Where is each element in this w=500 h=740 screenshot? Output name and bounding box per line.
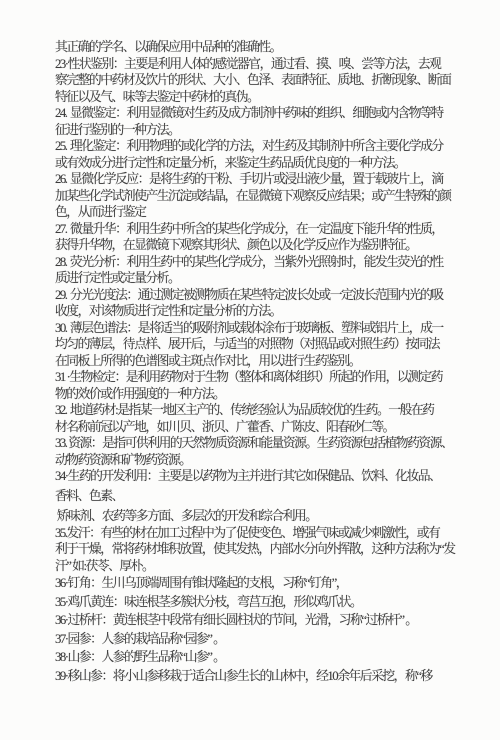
text-line: 动物药资源和矿物药资源。 (55, 452, 451, 469)
text-line: 收度，对该物质进行定性和定量分析的方法。 (55, 303, 451, 320)
text-line: 32. 地道药材:是指某一地区主产的、传统经验认为品质较优的生药。一般在药 (55, 402, 451, 419)
text-line: 39·移山参：将小山参移栽于适合山参生长的山林中，经10余年后采挖，称“移 (55, 668, 451, 685)
text-line: 获得升华物，在显微镜下观察其形状、颜色以及化学反应作为鉴别特征。 (55, 237, 451, 254)
text-line: 31 ·生物检定：是利用药物对于生物（整体和离体组织）所起的作用，以测定药 (55, 369, 451, 386)
text-line: 其正确的学名、以确保应用中品种的准确性。 (55, 39, 451, 56)
text-line: 34·生药的开发利用：主要是以药物为主并进行其它如保健品、饮料、化妆品、 (55, 468, 451, 485)
text-line: 利于干燥，常将药材堆积放置，使其发热，内部水分向外挥散，这种方法称为“发 (55, 541, 451, 558)
document-page: 其正确的学名、以确保应用中品种的准确性。 23·性状鉴别：主要是利用人体的感觉器… (0, 0, 500, 740)
text-line: 均匀的薄层，待点样、展开后，与适当的对照物（对照品或对照生药）按同法 (55, 336, 451, 353)
text-line: 物的效价或作用强度的一种方法。 (55, 386, 451, 403)
text-line: 28. 荧光分析：利用生药中的某些化学成分，当紫外光照射时，能发生荧光的性 (55, 254, 451, 271)
text-line: 25. 理化鉴定：利用物理的或化学的方法，对生药及其制剂中所含主要化学成分 (55, 138, 451, 155)
text-line: 37·园参：人参的栽培品称“园参” 。 (55, 631, 451, 648)
text-line: 或有效成分进行定性和定量分析，来鉴定生药品质优良度的一种方法。 (55, 155, 451, 172)
text-line: 36·过桥杆：黄连根茎中段常有细长圆柱状的节间，光滑，习称“过桥杆” 。 (55, 612, 451, 629)
text-line: 察完整的中药材及饮片的形状、大小、色泽、表面特征、质地、折断现象、断面 (55, 72, 451, 89)
text-line: 在同板上所得的色谱图或主斑点作对比，用以进行生药鉴别。 (55, 353, 451, 370)
text-line: 色，从而进行鉴定 (55, 204, 451, 221)
document-text: 其正确的学名、以确保应用中品种的准确性。 23·性状鉴别：主要是利用人体的感觉器… (55, 39, 451, 684)
text-line: 35.发汗：有些的材在加工过程中为了促使变色、增强气味或减少刺激性，或有 (55, 525, 451, 542)
text-line: 质进行定性或定量分析。 (55, 270, 451, 287)
text-line: 36·钉角：生川乌顶端周围有锥状隆起的支根，习称“钉角”， (55, 575, 451, 592)
text-line: 材名称前冠以产地，如川贝、浙贝、广藿香、广陈皮、阳春砂仁等。 (55, 419, 451, 436)
text-line: 38·山参：人参的野生品称“山参” 。 (55, 649, 451, 666)
text-line: 征进行鉴别的一种方法。 (55, 122, 451, 139)
text-line: 香料、色素、 (55, 488, 451, 505)
text-line: 35·鸡爪黄连：味连根茎多簇状分枝，弯莒互抱，形似鸡爪状。 (55, 594, 451, 611)
text-line: 33. 资源：是指可供利用的天然物质资源和能量资源。生药资源包括植物药资源、 (55, 435, 451, 452)
text-line: 特征以及气、味等去鉴定中药材的真伪。 (55, 89, 451, 106)
text-line: 24. 显微鉴定：利用显微镜对生药及成方制剂中药味的组织、细胞或内含物等特 (55, 105, 451, 122)
text-line: 矫味剂、农药等多方面、多层次的开发和综合利用。 (55, 508, 451, 525)
text-line: 27. 微量升华：利用生药中所含的某些化学成分，在一定温度下能升华的性质， (55, 221, 451, 238)
text-line: 29. 分光光度法：通过测定被测物质在某些特定波长处或一定波长范围内光的吸 (55, 287, 451, 304)
text-line: 23·性状鉴别：主要是利用人体的感觉器官，通过看、摸、嗅、尝等方法，去观 (55, 56, 451, 73)
text-line: 汗” 如:茯苓、厚朴。 (55, 558, 451, 575)
text-line: 30. 薄层色谱法：是将适当的吸附剂或载体涂布于玻璃板、塑料或铝片上，成一 (55, 320, 451, 337)
text-line: 加某些化学试剂使产生沉淀或结晶，在显微镜下观察反应结果；或产生特殊的颜 (55, 188, 451, 205)
text-line: 26. 显微化学反应：是将生药的干粉、手切片或浸出液少量，置于载玻片上，滴 (55, 171, 451, 188)
